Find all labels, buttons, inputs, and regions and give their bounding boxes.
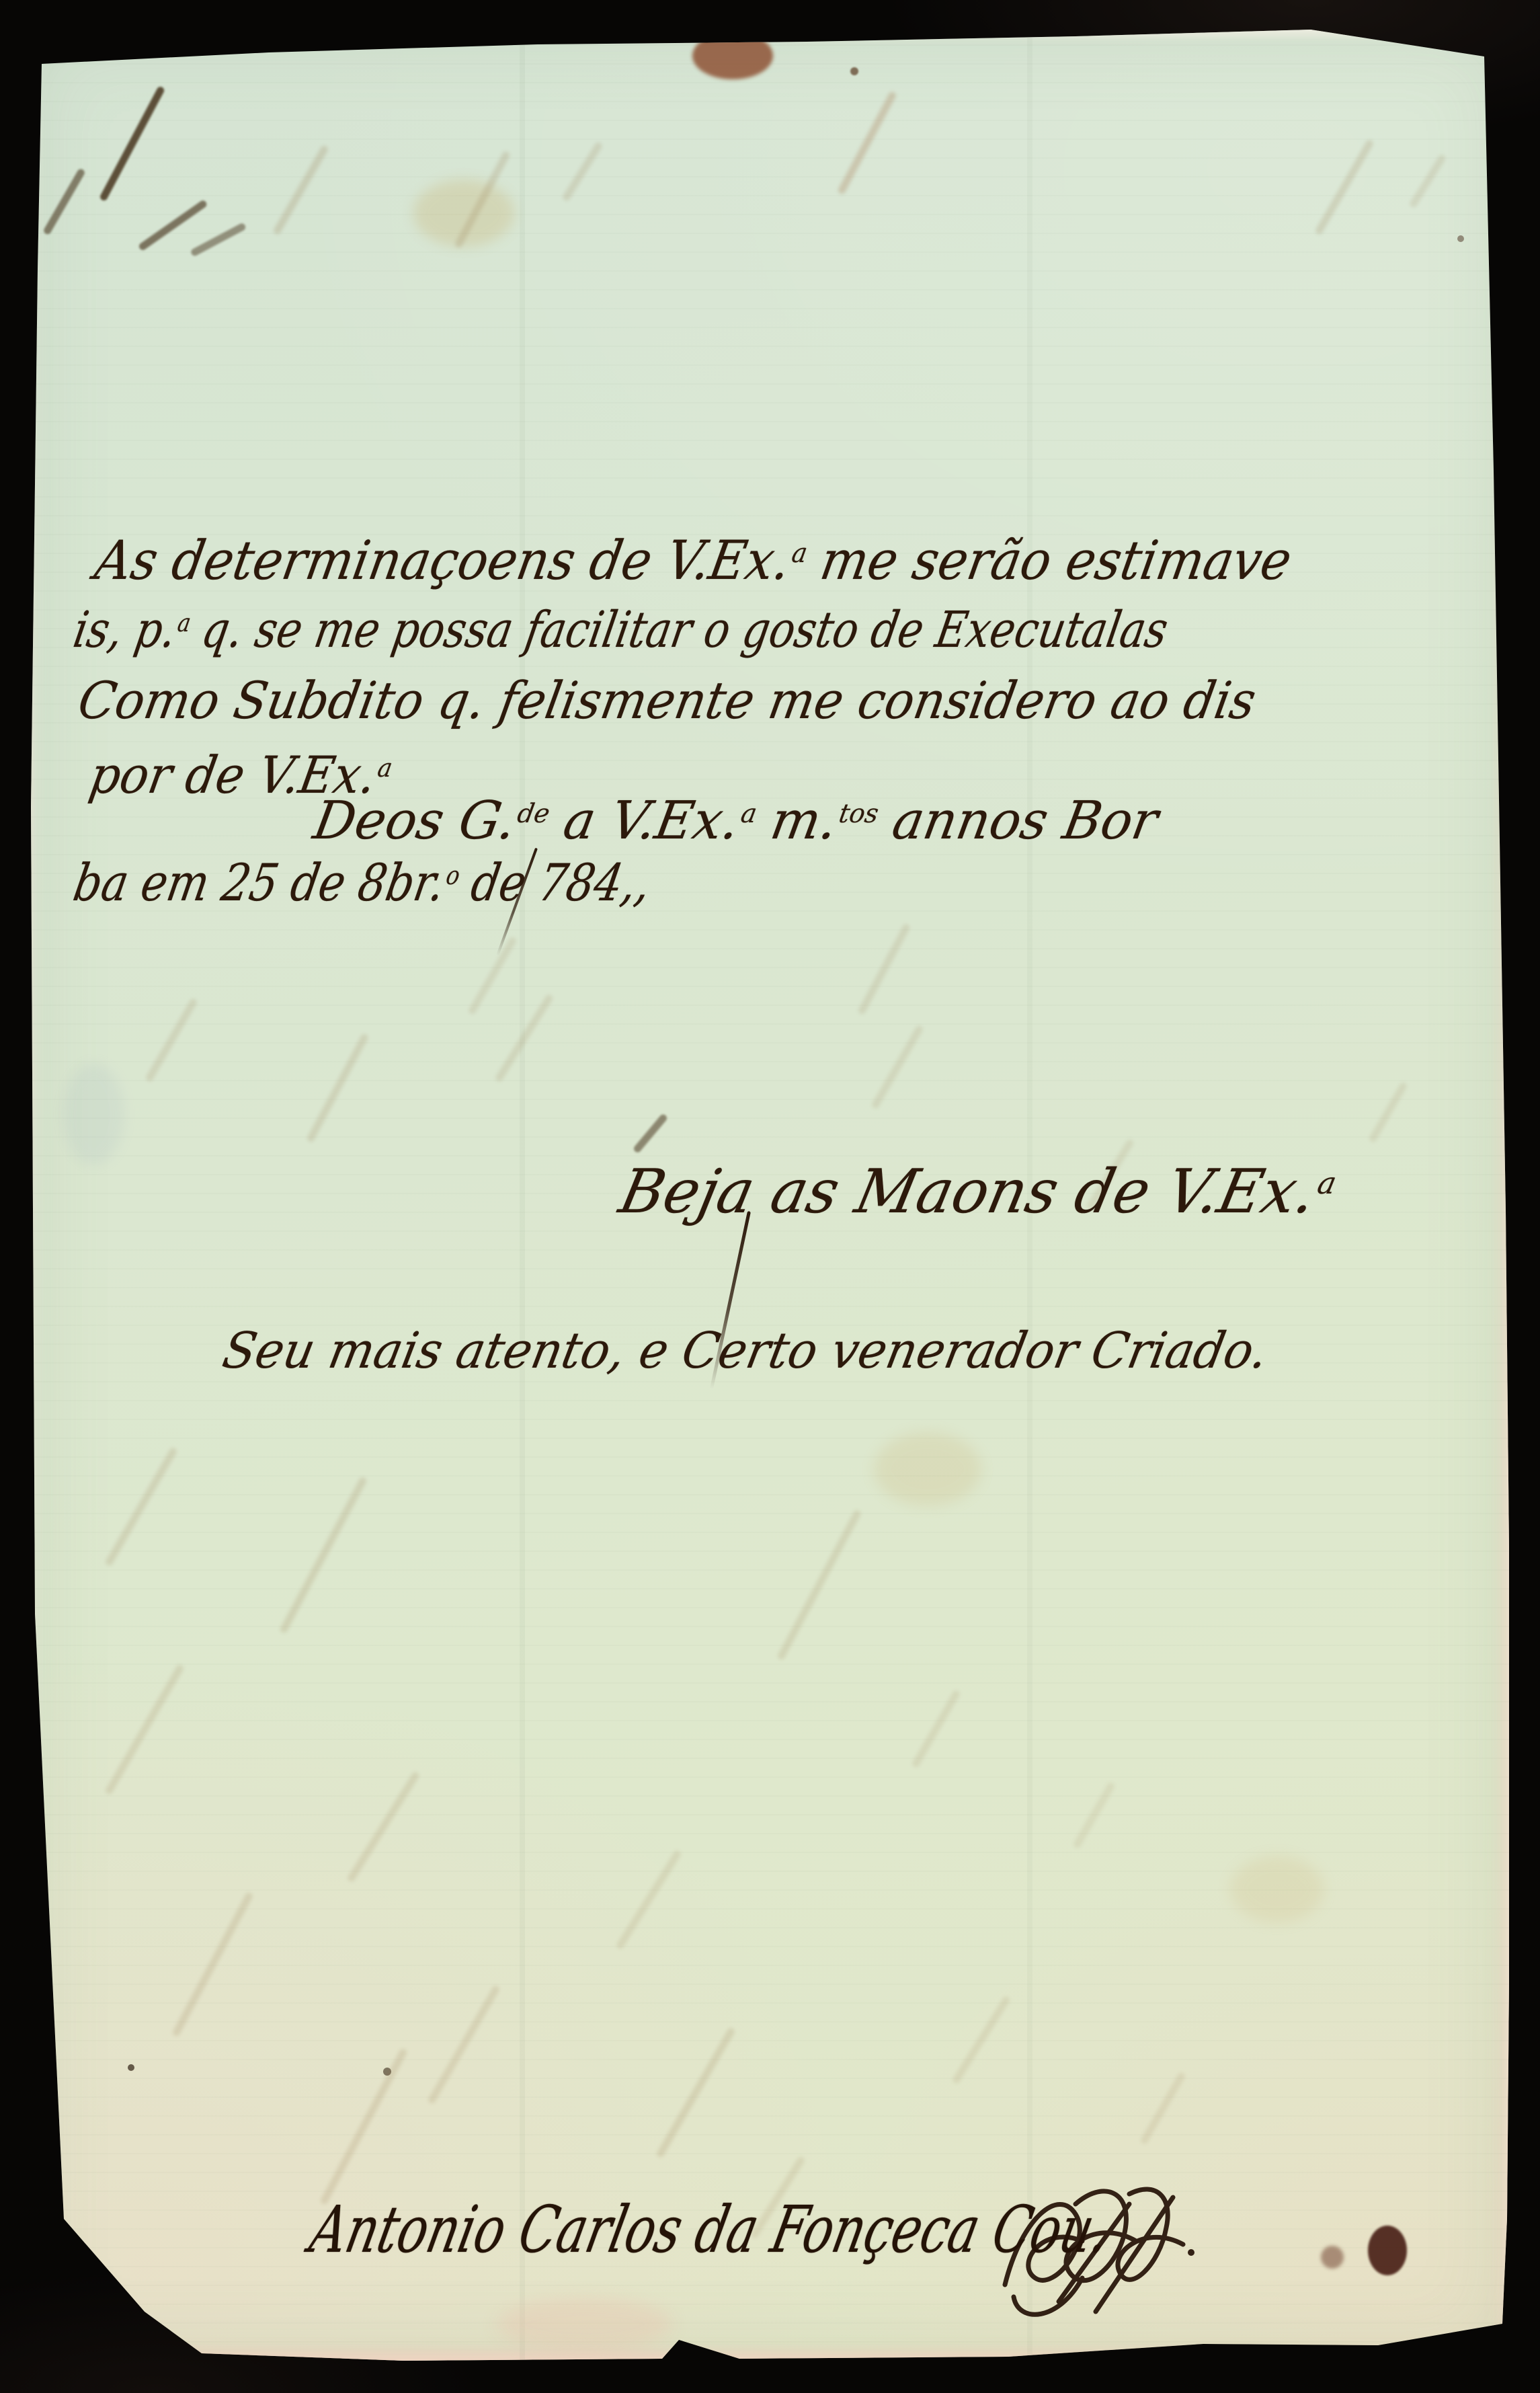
- handwritten-text: is, p.: [69, 601, 181, 659]
- handwritten-text: me serão estimave: [800, 529, 1296, 592]
- superscript-abbreviation: de: [515, 799, 552, 829]
- handwritten-text: Antonio Carlos da Fonçeca Cou.: [304, 2192, 1117, 2267]
- handwritten-text: Deos G.: [309, 791, 521, 851]
- handwritten-text: Beja as Maons de V.Ex.: [614, 1156, 1322, 1227]
- valediction-line: Seu mais atento, e Certo venerador Criad…: [219, 1326, 1272, 1376]
- body-line-2: is, p.a q. se me possa facilitar o gosto…: [70, 605, 1172, 655]
- handwritten-text: ba em 25 de 8br.: [69, 853, 450, 912]
- handwritten-text: de 784,,: [453, 853, 655, 912]
- superscript-abbreviation: tos: [837, 799, 881, 829]
- body-line-6-date: ba em 25 de 8br.o de 784,,: [70, 857, 655, 908]
- body-line-5-date: Deos G.de a V.Ex.a m.tos annos Bor: [310, 795, 1162, 847]
- signature-name: Antonio Carlos da Fonçeca Cou.: [305, 2197, 1115, 2262]
- body-line-3: Como Subdito q. felismente me considero …: [75, 675, 1260, 726]
- closing-salute: Beja as Maons de V.Ex.a: [614, 1162, 1340, 1222]
- manuscript-page: As determinaçoens de V.Ex.a me serão est…: [27, 28, 1509, 2361]
- letter-text: As determinaçoens de V.Ex.a me serão est…: [27, 28, 1509, 2361]
- handwritten-text: q. se me possa facilitar o gosto de Exec…: [184, 601, 1172, 659]
- handwritten-text: annos Bor: [872, 791, 1162, 851]
- handwritten-text: As determinaçoens de V.Ex.: [91, 529, 795, 592]
- handwritten-text: a V.Ex.: [543, 791, 744, 851]
- body-line-1: As determinaçoens de V.Ex.a me serão est…: [91, 534, 1295, 588]
- handwritten-text: Como Subdito q. felismente me considero …: [74, 670, 1260, 730]
- handwritten-text: m.: [750, 791, 842, 851]
